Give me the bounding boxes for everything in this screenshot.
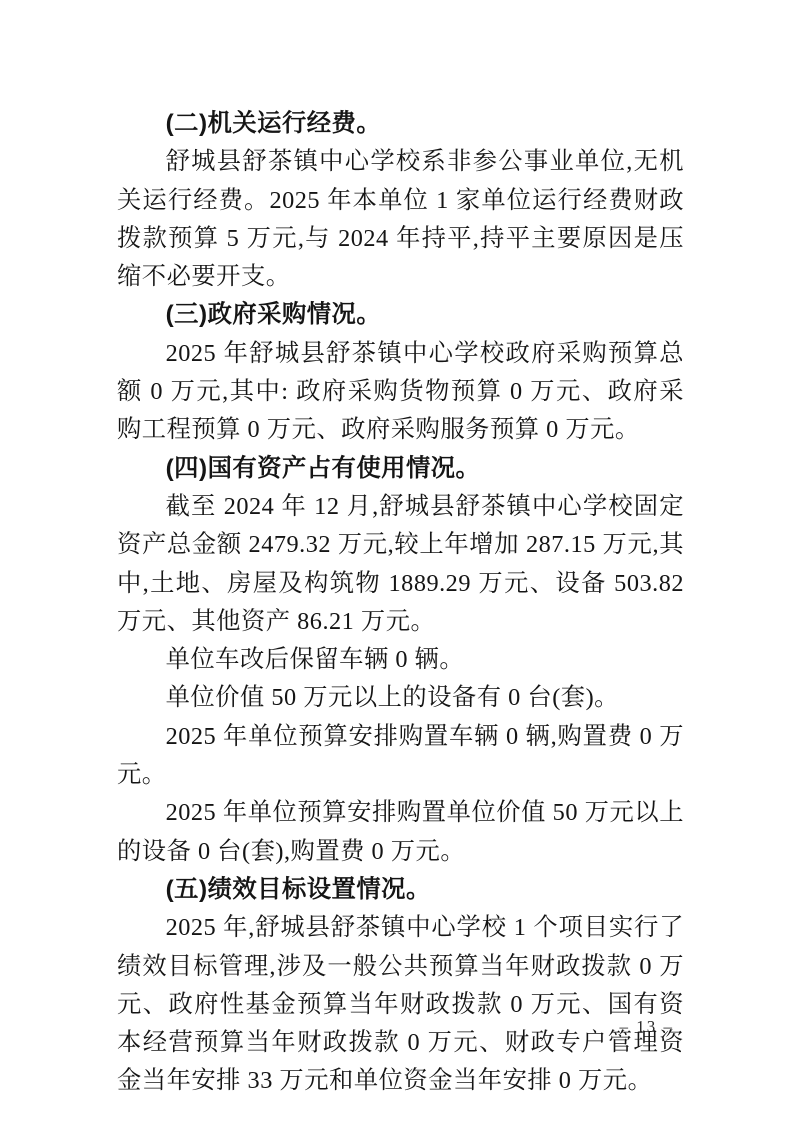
paragraph: 截至 2024 年 12 月,舒城县舒茶镇中心学校固定资产总金额 2479.32… (117, 488, 684, 641)
paragraph: 2025 年单位预算安排购置车辆 0 辆,购置费 0 万元。 (117, 718, 684, 795)
section-heading: (五)绩效目标设置情况。 (117, 871, 684, 909)
paragraph: 单位价值 50 万元以上的设备有 0 台(套)。 (117, 679, 684, 717)
document-body: (二)机关运行经费。舒城县舒茶镇中心学校系非参公事业单位,无机关运行经费。202… (117, 105, 684, 1101)
section-heading: (四)国有资产占有使用情况。 (117, 450, 684, 488)
paragraph: 单位车改后保留车辆 0 辆。 (117, 641, 684, 679)
document-page: (二)机关运行经费。舒城县舒茶镇中心学校系非参公事业单位,无机关运行经费。202… (0, 0, 793, 1122)
section-heading: (二)机关运行经费。 (117, 105, 684, 143)
paragraph: 2025 年单位预算安排购置单位价值 50 万元以上的设备 0 台(套),购置费… (117, 794, 684, 871)
section-heading: (三)政府采购情况。 (117, 296, 684, 334)
page-number: – 13 – (620, 1016, 675, 1038)
paragraph: 舒城县舒茶镇中心学校系非参公事业单位,无机关运行经费。2025 年本单位 1 家… (117, 143, 684, 296)
paragraph: 2025 年舒城县舒茶镇中心学校政府采购预算总额 0 万元,其中: 政府采购货物… (117, 335, 684, 450)
paragraph: 2025 年,舒城县舒茶镇中心学校 1 个项目实行了绩效目标管理,涉及一般公共预… (117, 909, 684, 1100)
